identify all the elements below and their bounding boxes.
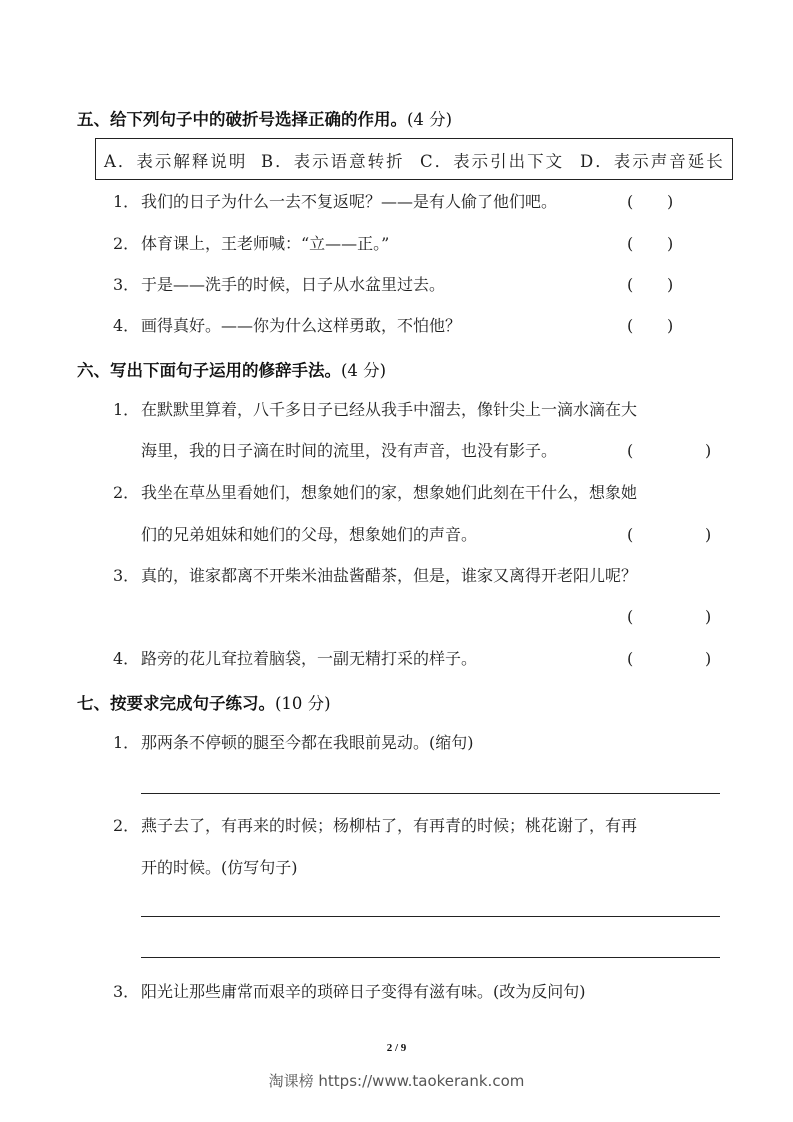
option-b: B．表示语意转折 bbox=[261, 148, 405, 172]
s5-question-4: 4．画得真好。——你为什么这样勇敢，不怕他？ bbox=[113, 315, 461, 337]
option-c: C．表示引出下文 bbox=[420, 148, 564, 172]
question-text: 在默默里算着，八千多日子已经从我手中溜去，像针尖上一滴水滴在大 bbox=[141, 400, 637, 419]
section-7-heading: 七、按要求完成句子练习。(10 分) bbox=[77, 690, 331, 714]
section-5-points: (4 分) bbox=[407, 110, 452, 129]
section-5-title: 五、给下列句子中的破折号选择正确的作用。 bbox=[77, 110, 407, 129]
question-text: 我们的日子为什么一去不复返呢？——是有人偷了他们吧。 bbox=[141, 192, 557, 211]
answer-paren-open: ( bbox=[627, 275, 633, 294]
question-text: 于是——洗手的时候，日子从水盆里过去。 bbox=[141, 275, 445, 294]
question-text: 画得真好。——你为什么这样勇敢，不怕他？ bbox=[141, 316, 461, 335]
answer-paren-open: ( bbox=[627, 607, 633, 626]
watermark: 淘课榜 https://www.taokerank.com bbox=[0, 1070, 793, 1091]
answer-paren-open: ( bbox=[627, 192, 633, 211]
option-d: D．表示声音延长 bbox=[580, 148, 725, 172]
answer-line[interactable] bbox=[141, 916, 720, 917]
section-7-title: 七、按要求完成句子练习。 bbox=[77, 694, 275, 713]
question-text: 路旁的花儿耷拉着脑袋，一副无精打采的样子。 bbox=[141, 649, 477, 668]
answer-paren-close: ) bbox=[705, 607, 711, 626]
answer-paren-open: ( bbox=[627, 441, 633, 460]
answer-paren-open: ( bbox=[627, 234, 633, 253]
answer-paren-close: ) bbox=[705, 525, 711, 544]
s6-question-4-line-1: 4．路旁的花儿耷拉着脑袋，一副无精打采的样子。 bbox=[113, 648, 477, 670]
question-number: 3． bbox=[113, 565, 141, 587]
section-6-title: 六、写出下面句子运用的修辞手法。 bbox=[77, 361, 341, 380]
question-text: 我坐在草丛里看她们，想象她们的家，想象她们此刻在干什么，想象她 bbox=[141, 483, 637, 502]
s7-question-2-line-1: 2．燕子去了，有再来的时候；杨柳枯了，有再青的时候；桃花谢了，有再 bbox=[113, 815, 637, 837]
question-number: 1． bbox=[113, 732, 141, 754]
answer-paren-close: ) bbox=[667, 192, 673, 211]
section-6-heading: 六、写出下面句子运用的修辞手法。(4 分) bbox=[77, 357, 386, 381]
s6-question-1-line-1: 1．在默默里算着，八千多日子已经从我手中溜去，像针尖上一滴水滴在大 bbox=[113, 399, 637, 421]
answer-paren-close: ) bbox=[667, 234, 673, 253]
question-text: 燕子去了，有再来的时候；杨柳枯了，有再青的时候；桃花谢了，有再 bbox=[141, 816, 637, 835]
s6-question-2-line-2: 们的兄弟姐妹和她们的父母，想象她们的声音。 bbox=[141, 524, 477, 546]
answer-line[interactable] bbox=[141, 957, 720, 958]
question-number: 2． bbox=[113, 482, 141, 504]
question-number: 3． bbox=[113, 274, 141, 296]
answer-paren-open: ( bbox=[627, 649, 633, 668]
s6-question-3-line-1: 3．真的，谁家都离不开柴米油盐酱醋茶，但是，谁家又离得开老阳儿呢？ bbox=[113, 565, 637, 587]
s7-question-3: 3．阳光让那些庸常而艰辛的琐碎日子变得有滋有味。(改为反问句) bbox=[113, 981, 586, 1003]
answer-paren-close: ) bbox=[667, 275, 673, 294]
s6-question-1-line-2: 海里，我的日子滴在时间的流里，没有声音，也没有影子。 bbox=[141, 440, 557, 462]
section-5-heading: 五、给下列句子中的破折号选择正确的作用。(4 分) bbox=[77, 106, 452, 130]
section-6-points: (4 分) bbox=[341, 361, 386, 380]
answer-paren-open: ( bbox=[627, 525, 633, 544]
question-number: 4． bbox=[113, 315, 141, 337]
answer-paren-close: ) bbox=[705, 649, 711, 668]
question-text: 真的，谁家都离不开柴米油盐酱醋茶，但是，谁家又离得开老阳儿呢？ bbox=[141, 566, 637, 585]
s5-question-2: 2．体育课上，王老师喊：“立——正。” bbox=[113, 233, 389, 255]
option-a: A．表示解释说明 bbox=[104, 148, 247, 172]
answer-line[interactable] bbox=[141, 793, 720, 794]
question-text: 阳光让那些庸常而艰辛的琐碎日子变得有滋有味。(改为反问句) bbox=[141, 982, 586, 1001]
answer-paren-close: ) bbox=[667, 316, 673, 335]
question-text: 那两条不停顿的腿至今都在我眼前晃动。(缩句) bbox=[141, 733, 474, 752]
section-7-points: (10 分) bbox=[275, 694, 331, 713]
s5-question-1: 1．我们的日子为什么一去不复返呢？——是有人偷了他们吧。 bbox=[113, 191, 557, 213]
s6-question-2-line-1: 2．我坐在草丛里看她们，想象她们的家，想象她们此刻在干什么，想象她 bbox=[113, 482, 637, 504]
options-box: A．表示解释说明 B．表示语意转折 C．表示引出下文 D．表示声音延长 bbox=[95, 138, 733, 180]
question-number: 2． bbox=[113, 815, 141, 837]
s5-question-3: 3．于是——洗手的时候，日子从水盆里过去。 bbox=[113, 274, 445, 296]
question-number: 1． bbox=[113, 399, 141, 421]
question-text: 体育课上，王老师喊：“立——正。” bbox=[141, 234, 389, 253]
s7-question-2-line-2: 开的时候。(仿写句子) bbox=[141, 857, 298, 879]
question-number: 1． bbox=[113, 191, 141, 213]
answer-paren-close: ) bbox=[705, 441, 711, 460]
question-number: 2． bbox=[113, 233, 141, 255]
answer-paren-open: ( bbox=[627, 316, 633, 335]
s7-question-1: 1．那两条不停顿的腿至今都在我眼前晃动。(缩句) bbox=[113, 732, 474, 754]
question-number: 4． bbox=[113, 648, 141, 670]
page-number: 2 / 9 bbox=[0, 1042, 793, 1054]
question-number: 3． bbox=[113, 981, 141, 1003]
